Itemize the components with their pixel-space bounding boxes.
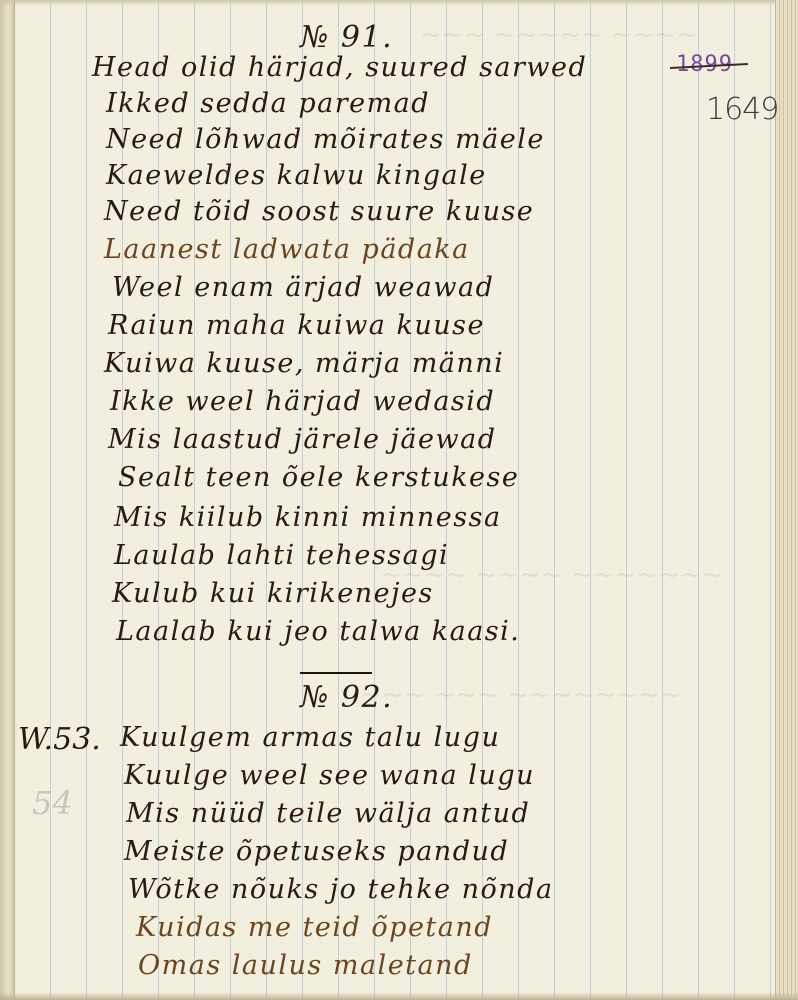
song-line: Kuulgem armas talu lugu [120, 722, 500, 753]
song-line: Wõtke nõuks jo tehke nõnda [128, 874, 554, 905]
song-line: Ikke weel härjad wedasid [110, 386, 495, 417]
section-divider [300, 672, 372, 674]
song-line: Head olid härjad, suured sarwed [92, 52, 587, 83]
bleed-through-text: ~~~ ~~~~~ ~~~~ [420, 20, 698, 50]
song-line: Ikked sedda paremad [106, 88, 430, 119]
song-line: Kuidas me teid õpetand [136, 912, 493, 943]
song-line: Kuiwa kuuse, märja männi [104, 348, 504, 379]
song-line: Kulub kui kirikenejes [112, 578, 434, 609]
song-line: Kuulge weel see wana lugu [124, 760, 535, 791]
song-line: Need lõhwad mõirates mäele [106, 124, 545, 155]
song-line: Mis laastud järele jäewad [108, 424, 497, 455]
song-line: Laalab kui jeo talwa kaasi. [116, 616, 520, 647]
song-line: Mis nüüd teile wälja antud [126, 798, 530, 829]
page-bottom-edge [0, 992, 798, 1000]
page-binding-edge [0, 0, 15, 1000]
margin-note-faint: 54 [32, 784, 73, 822]
song-line: Laulab lahti tehessagi [114, 540, 449, 571]
page-top-edge [0, 0, 798, 6]
song-line: Sealt teen õele kerstukese [118, 462, 519, 493]
song-line: Weel enam ärjad weawad [112, 272, 494, 303]
song-line: Meiste õpetuseks pandud [124, 836, 509, 867]
manuscript-page: ~~~ ~~~~~ ~~~~ ~~~~ ~~~~ ~~~~~~~ ~~~ ~~~… [0, 0, 798, 1000]
margin-note: W.53. [18, 722, 101, 757]
song-heading: № 92. [300, 680, 393, 715]
song-heading: № 91. [300, 20, 393, 55]
bleed-through-text: ~~~ ~~~ ~~~~~~~~ [360, 680, 682, 710]
song-line: Raiun maha kuiwa kuuse [108, 310, 485, 341]
song-line: Need tõid soost suure kuuse [104, 196, 534, 227]
page-stack-edge [775, 0, 798, 1000]
song-line: Mis kiilub kinni minnessa [114, 502, 502, 533]
page-number-pencil: 1649 [706, 92, 778, 127]
song-line: Omas laulus maletand [138, 950, 473, 981]
song-line: Kaeweldes kalwu kingale [106, 160, 487, 191]
song-line: Laanest ladwata pädaka [104, 234, 470, 265]
